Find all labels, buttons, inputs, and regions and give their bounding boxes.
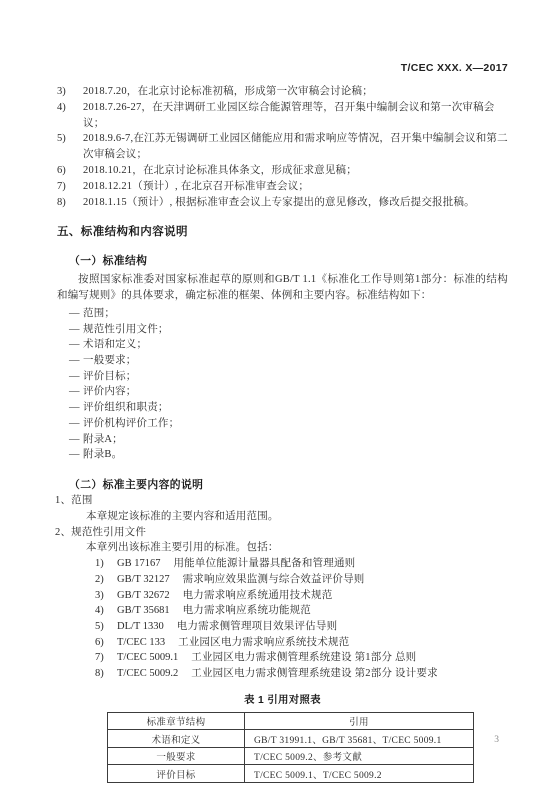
structure-paragraph: 按照国家标准委对国家标准起草的原则和GB/T 1.1《标准化工作导则第1部分：标…	[57, 272, 508, 304]
table-cell-citation: T/CEC 5009.2、参考文献	[245, 747, 474, 765]
item-number: 5)	[57, 131, 83, 163]
item-text: 2018.1.15（预计）, 根据标准审查会议上专家提出的意见修改，修改后提交报…	[83, 195, 508, 211]
dash-item: — 术语和定义；	[57, 337, 508, 353]
clause-label: 2、规范性引用文件	[55, 525, 508, 541]
standard-name: 工业园区电力需求侧管理系统建设 第1部分 总则	[191, 650, 508, 666]
reference-number: 3)	[95, 588, 117, 604]
page-content: T/CEC XXX. X—2017 3) 2018.7.20，在北京讨论标准初稿…	[57, 0, 508, 783]
item-text: 2018.7.20，在北京讨论标准初稿，形成第一次审稿会讨论稿；	[83, 84, 508, 100]
reference-item: 1) GB 17167 用能单位能源计量器具配备和管理通则	[95, 556, 508, 572]
dash-item: — 评价组织和职责；	[57, 400, 508, 416]
item-number: 3)	[57, 84, 83, 100]
clause-body: 本章规定该标准的主要内容和适用范围。	[86, 509, 508, 525]
standard-code: T/CEC 133	[117, 635, 165, 651]
dash-item-label: 范围；	[83, 306, 508, 322]
history-item: 8) 2018.1.15（预计）, 根据标准审查会议上专家提出的意见修改，修改后…	[57, 195, 508, 211]
table-row: 一般要求 T/CEC 5009.2、参考文献	[108, 747, 474, 765]
item-number: 7)	[57, 179, 83, 195]
reference-item: 8) T/CEC 5009.2 工业园区电力需求侧管理系统建设 第2部分 设计要…	[95, 666, 508, 682]
dash-glyph: —	[57, 447, 83, 463]
standard-name: 工业园区电力需求侧管理系统建设 第2部分 设计要求	[191, 666, 508, 682]
dash-glyph: —	[57, 384, 83, 400]
table-header-structure: 标准章节结构	[108, 712, 245, 730]
item-number: 6)	[57, 163, 83, 179]
item-text: 2018.12.21（预计）, 在北京召开标准审查会议；	[83, 179, 508, 195]
standard-name: 电力需求侧管理项目效果评估导则	[177, 619, 508, 635]
reference-item: 6) T/CEC 133 工业园区电力需求响应系统技术规范	[95, 635, 508, 651]
dash-item: — 附录A；	[57, 432, 508, 448]
history-item: 4) 2018.7.26-27，在天津调研工业园区综合能源管理等，召开集中编制会…	[57, 100, 508, 132]
standard-name: 需求响应效果监测与综合效益评价导则	[183, 572, 508, 588]
reference-number: 1)	[95, 556, 117, 572]
reference-number: 8)	[95, 666, 117, 682]
dash-glyph: —	[57, 322, 83, 338]
standard-name: 电力需求响应系统功能规范	[183, 603, 508, 619]
dash-item: — 附录B。	[57, 447, 508, 463]
dash-item: — 评价机构评价工作；	[57, 416, 508, 432]
reference-item: 4) GB/T 35681 电力需求响应系统功能规范	[95, 603, 508, 619]
dash-item: — 一般要求；	[57, 353, 508, 369]
standard-code: T/CEC 5009.1	[117, 650, 178, 666]
table-cell-citation: T/CEC 5009.1、T/CEC 5009.2	[245, 765, 474, 783]
clause-body: 本章列出该标准主要引用的标准。包括：	[86, 540, 508, 556]
table-cell-structure: 一般要求	[108, 747, 245, 765]
dash-glyph: —	[57, 306, 83, 322]
document-page: T/CEC XXX. X—2017 3) 2018.7.20，在北京讨论标准初稿…	[0, 0, 560, 792]
subsection-2-heading: （二）标准主要内容的说明	[69, 477, 508, 492]
dash-glyph: —	[57, 353, 83, 369]
reference-number: 7)	[95, 650, 117, 666]
dash-glyph: —	[57, 337, 83, 353]
standard-code: GB/T 35681	[117, 603, 170, 619]
structure-dash-list: — 范围； — 规范性引用文件； — 术语和定义； — 一般要求； — 评价目标…	[57, 306, 508, 463]
dash-item-label: 附录B。	[83, 447, 508, 463]
reference-number: 6)	[95, 635, 117, 651]
reference-item: 3) GB/T 32672 电力需求响应系统通用技术规范	[95, 588, 508, 604]
dash-item: — 评价目标；	[57, 369, 508, 385]
standard-name: 电力需求响应系统通用技术规范	[183, 588, 508, 604]
standard-code: GB/T 32127	[117, 572, 170, 588]
standard-code: DL/T 1330	[117, 619, 164, 635]
page-number: 3	[494, 735, 499, 745]
subsection-1-heading: （一）标准结构	[69, 253, 508, 268]
table-cell-structure: 术语和定义	[108, 730, 245, 748]
reference-item: 7) T/CEC 5009.1 工业园区电力需求侧管理系统建设 第1部分 总则	[95, 650, 508, 666]
dash-glyph: —	[57, 400, 83, 416]
dash-item-label: 规范性引用文件；	[83, 322, 508, 338]
dash-item-label: 评价目标；	[83, 369, 508, 385]
item-number: 4)	[57, 100, 83, 132]
history-item: 3) 2018.7.20，在北京讨论标准初稿，形成第一次审稿会讨论稿；	[57, 84, 508, 100]
referenced-standards-list: 1) GB 17167 用能单位能源计量器具配备和管理通则 2) GB/T 32…	[57, 556, 508, 682]
dash-item: — 规范性引用文件；	[57, 322, 508, 338]
content-explanations: 1、范围 本章规定该标准的主要内容和适用范围。 2、规范性引用文件 本章列出该标…	[57, 493, 508, 556]
table-cell-structure: 评价目标	[108, 765, 245, 783]
dash-item-label: 评价机构评价工作；	[83, 416, 508, 432]
history-item: 6) 2018.10.21，在北京讨论标准具体条文，形成征求意见稿；	[57, 163, 508, 179]
item-text: 2018.7.26-27，在天津调研工业园区综合能源管理等，召开集中编制会议和第…	[83, 100, 508, 132]
history-item: 5) 2018.9.6-7,在江苏无锡调研工业园区储能应用和需求响应等情况，召开…	[57, 131, 508, 163]
dash-item-label: 一般要求；	[83, 353, 508, 369]
table-caption: 表 1 引用对照表	[57, 691, 508, 706]
table-cell-citation: GB/T 31991.1、GB/T 35681、T/CEC 5009.1	[245, 730, 474, 748]
item-number: 8)	[57, 195, 83, 211]
table-row: 术语和定义 GB/T 31991.1、GB/T 35681、T/CEC 5009…	[108, 730, 474, 748]
standard-number-header: T/CEC XXX. X—2017	[57, 62, 508, 74]
item-text: 2018.10.21，在北京讨论标准具体条文，形成征求意见稿；	[83, 163, 508, 179]
reference-number: 4)	[95, 603, 117, 619]
item-text: 2018.9.6-7,在江苏无锡调研工业园区储能应用和需求响应等情况，召开集中编…	[83, 131, 508, 163]
standard-code: GB 17167	[117, 556, 160, 572]
dash-glyph: —	[57, 369, 83, 385]
reference-number: 2)	[95, 572, 117, 588]
standard-code: GB/T 32672	[117, 588, 170, 604]
standard-name: 工业园区电力需求响应系统技术规范	[178, 635, 508, 651]
dash-item-label: 附录A；	[83, 432, 508, 448]
reference-item: 2) GB/T 32127 需求响应效果监测与综合效益评价导则	[95, 572, 508, 588]
section-5-heading: 五、标准结构和内容说明	[57, 223, 508, 239]
history-item: 7) 2018.12.21（预计）, 在北京召开标准审查会议；	[57, 179, 508, 195]
clause-label: 1、范围	[55, 493, 508, 509]
reference-item: 5) DL/T 1330 电力需求侧管理项目效果评估导则	[95, 619, 508, 635]
dash-item-label: 评价内容；	[83, 384, 508, 400]
dash-item: — 评价内容；	[57, 384, 508, 400]
dash-glyph: —	[57, 416, 83, 432]
table-header-citation: 引用	[245, 712, 474, 730]
dash-item-label: 评价组织和职责；	[83, 400, 508, 416]
standard-name: 用能单位能源计量器具配备和管理通则	[173, 556, 508, 572]
table-row: 评价目标 T/CEC 5009.1、T/CEC 5009.2	[108, 765, 474, 783]
dash-item-label: 术语和定义；	[83, 337, 508, 353]
revision-history-list: 3) 2018.7.20，在北京讨论标准初稿，形成第一次审稿会讨论稿； 4) 2…	[57, 84, 508, 210]
standard-code: T/CEC 5009.2	[117, 666, 178, 682]
dash-item: — 范围；	[57, 306, 508, 322]
reference-number: 5)	[95, 619, 117, 635]
citation-cross-reference-table: 标准章节结构 引用 术语和定义 GB/T 31991.1、GB/T 35681、…	[107, 712, 474, 783]
table-header-row: 标准章节结构 引用	[108, 712, 474, 730]
dash-glyph: —	[57, 432, 83, 448]
